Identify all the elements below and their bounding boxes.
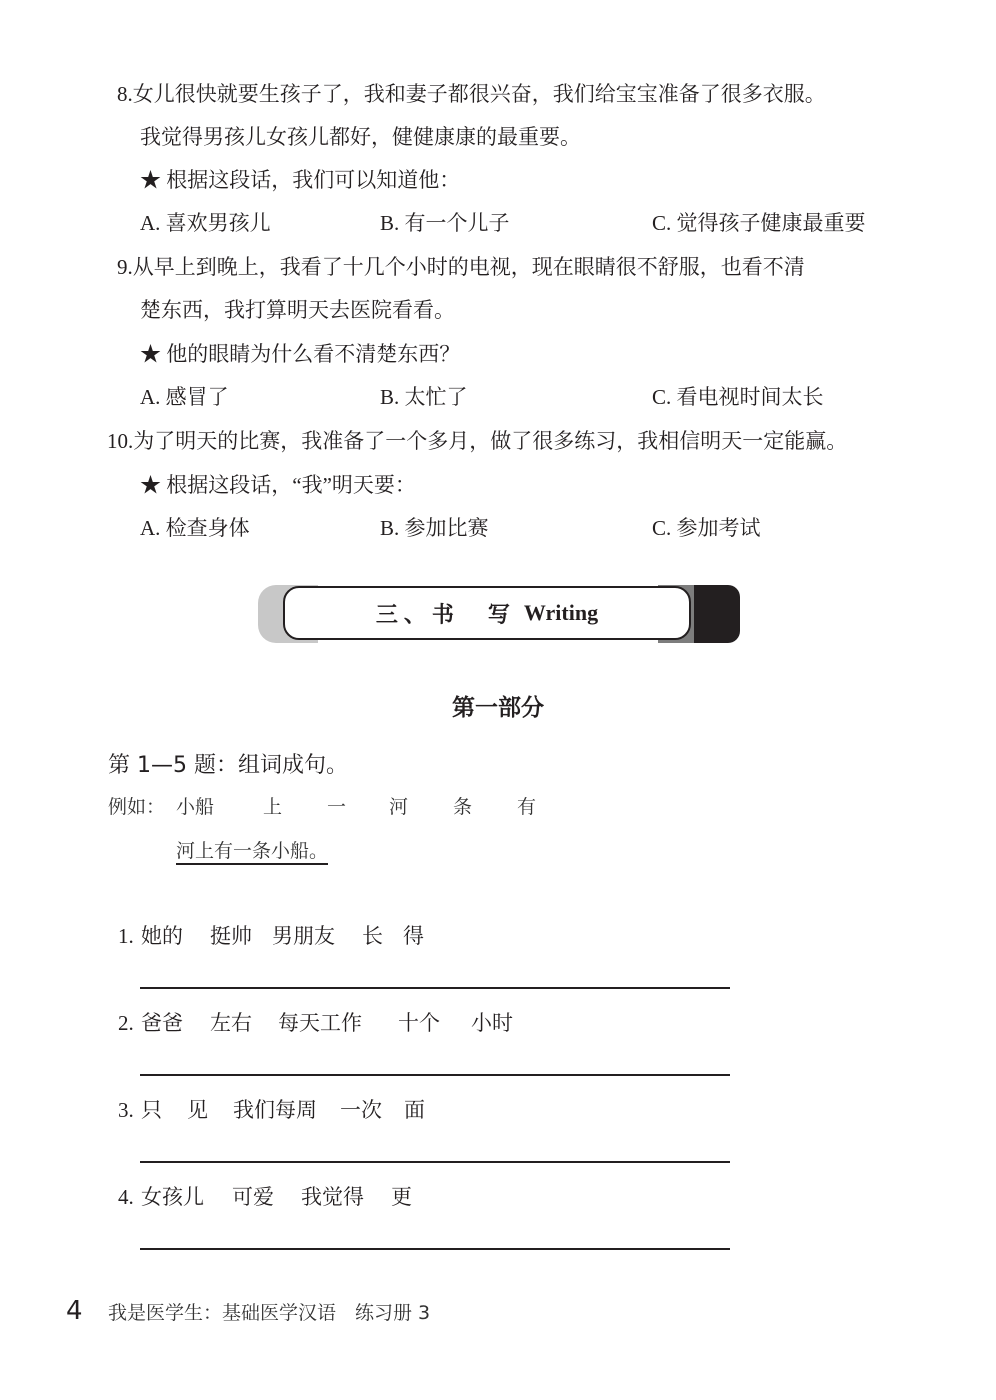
question-8-option-a: A. 喜欢男孩儿 bbox=[140, 209, 271, 237]
example-answer-wrap: 河上有一条小船。 bbox=[176, 836, 328, 863]
question-9-option-c: C. 看电视时间太长 bbox=[652, 383, 824, 411]
word-chip: 见 bbox=[187, 1096, 208, 1124]
question-8-prompt: ★ 根据这段话，我们可以知道他： bbox=[140, 166, 460, 194]
word-chip: 长 bbox=[362, 922, 383, 950]
example-answer: 河上有一条小船。 bbox=[176, 840, 328, 865]
section-title-cn: 三、书 写 bbox=[376, 598, 516, 629]
question-8-option-c: C. 觉得孩子健康最重要 bbox=[652, 209, 866, 237]
section-title-en: Writing bbox=[524, 600, 598, 626]
question-number: 9. bbox=[117, 255, 133, 279]
word-chip: 女孩儿 bbox=[141, 1183, 204, 1211]
word-chip: 我觉得 bbox=[301, 1183, 364, 1211]
example-word: 有 bbox=[517, 792, 536, 819]
question-9-option-b: B. 太忙了 bbox=[380, 383, 468, 411]
part-title: 第一部分 bbox=[0, 689, 996, 722]
book-title: 我是医学生：基础医学汉语 练习册 3 bbox=[108, 1300, 430, 1326]
question-10-line1: 10.为了明天的比赛，我准备了一个多月，做了很多练习，我相信明天一定能赢。 bbox=[107, 427, 847, 455]
word-chip: 十个 bbox=[398, 1009, 440, 1037]
word-chip: 只 bbox=[141, 1096, 162, 1124]
banner-title-box: 三、书 写 Writing bbox=[283, 586, 691, 640]
question-9-prompt: ★ 他的眼睛为什么看不清楚东西？ bbox=[140, 340, 460, 368]
word-chip: 小时 bbox=[471, 1009, 513, 1037]
section-banner: 三、书 写 Writing bbox=[258, 585, 740, 643]
item-number: 1. bbox=[118, 924, 134, 948]
example-word: 一 bbox=[327, 792, 346, 819]
question-10-option-a: A. 检查身体 bbox=[140, 514, 250, 542]
question-9-option-a: A. 感冒了 bbox=[140, 383, 229, 411]
item-number: 2. bbox=[118, 1011, 134, 1035]
question-8-option-b: B. 有一个儿子 bbox=[380, 209, 510, 237]
item-number: 3. bbox=[118, 1098, 134, 1122]
question-text: 为了明天的比赛，我准备了一个多月，做了很多练习，我相信明天一定能赢。 bbox=[133, 429, 847, 453]
word-chip: 我们每周 bbox=[233, 1096, 317, 1124]
example-word: 上 bbox=[263, 792, 282, 819]
word-chip: 爸爸 bbox=[141, 1009, 183, 1037]
writing-item-4: 4. bbox=[118, 1183, 134, 1211]
word-chip: 她的 bbox=[141, 922, 183, 950]
question-9-line2: 楚东西，我打算明天去医院看看。 bbox=[140, 296, 455, 324]
example-word: 小船 bbox=[176, 792, 214, 819]
answer-line-2[interactable] bbox=[140, 1074, 730, 1076]
word-chip: 一次 bbox=[340, 1096, 382, 1124]
word-chip: 每天工作 bbox=[278, 1009, 362, 1037]
question-number: 8. bbox=[117, 82, 133, 106]
writing-item-2: 2. bbox=[118, 1009, 134, 1037]
answer-line-4[interactable] bbox=[140, 1248, 730, 1250]
answer-line-3[interactable] bbox=[140, 1161, 730, 1163]
word-chip: 得 bbox=[403, 922, 424, 950]
question-9-line1: 9.从早上到晚上，我看了十几个小时的电视，现在眼睛很不舒服，也看不清 bbox=[117, 253, 805, 281]
example-word: 河 bbox=[389, 792, 408, 819]
question-8-line2: 我觉得男孩儿女孩儿都好，健健康康的最重要。 bbox=[140, 123, 581, 151]
word-chip: 挺帅 bbox=[210, 922, 252, 950]
question-10-option-b: B. 参加比赛 bbox=[380, 514, 489, 542]
word-chip: 更 bbox=[391, 1183, 412, 1211]
word-chip: 可爱 bbox=[232, 1183, 274, 1211]
question-text: 女儿很快就要生孩子了，我和妻子都很兴奋，我们给宝宝准备了很多衣服。 bbox=[133, 82, 826, 106]
writing-item-3: 3. bbox=[118, 1096, 134, 1124]
example-word: 条 bbox=[453, 792, 472, 819]
word-chip: 男朋友 bbox=[272, 922, 335, 950]
writing-item-1: 1. bbox=[118, 922, 134, 950]
answer-line-1[interactable] bbox=[140, 987, 730, 989]
example-label: 例如： bbox=[108, 792, 165, 819]
question-8-line1: 8.女儿很快就要生孩子了，我和妻子都很兴奋，我们给宝宝准备了很多衣服。 bbox=[117, 80, 826, 108]
word-chip: 左右 bbox=[210, 1009, 252, 1037]
instruction: 第 1—5 题：组词成句。 bbox=[108, 748, 348, 779]
question-number: 10. bbox=[107, 429, 133, 453]
banner-right-black-tab bbox=[694, 585, 740, 643]
question-10-prompt: ★ 根据这段话，“我”明天要： bbox=[140, 471, 416, 499]
page-number: 4 bbox=[66, 1295, 83, 1327]
question-10-option-c: C. 参加考试 bbox=[652, 514, 761, 542]
item-number: 4. bbox=[118, 1185, 134, 1209]
word-chip: 面 bbox=[404, 1096, 425, 1124]
question-text: 从早上到晚上，我看了十几个小时的电视，现在眼睛很不舒服，也看不清 bbox=[133, 255, 805, 279]
